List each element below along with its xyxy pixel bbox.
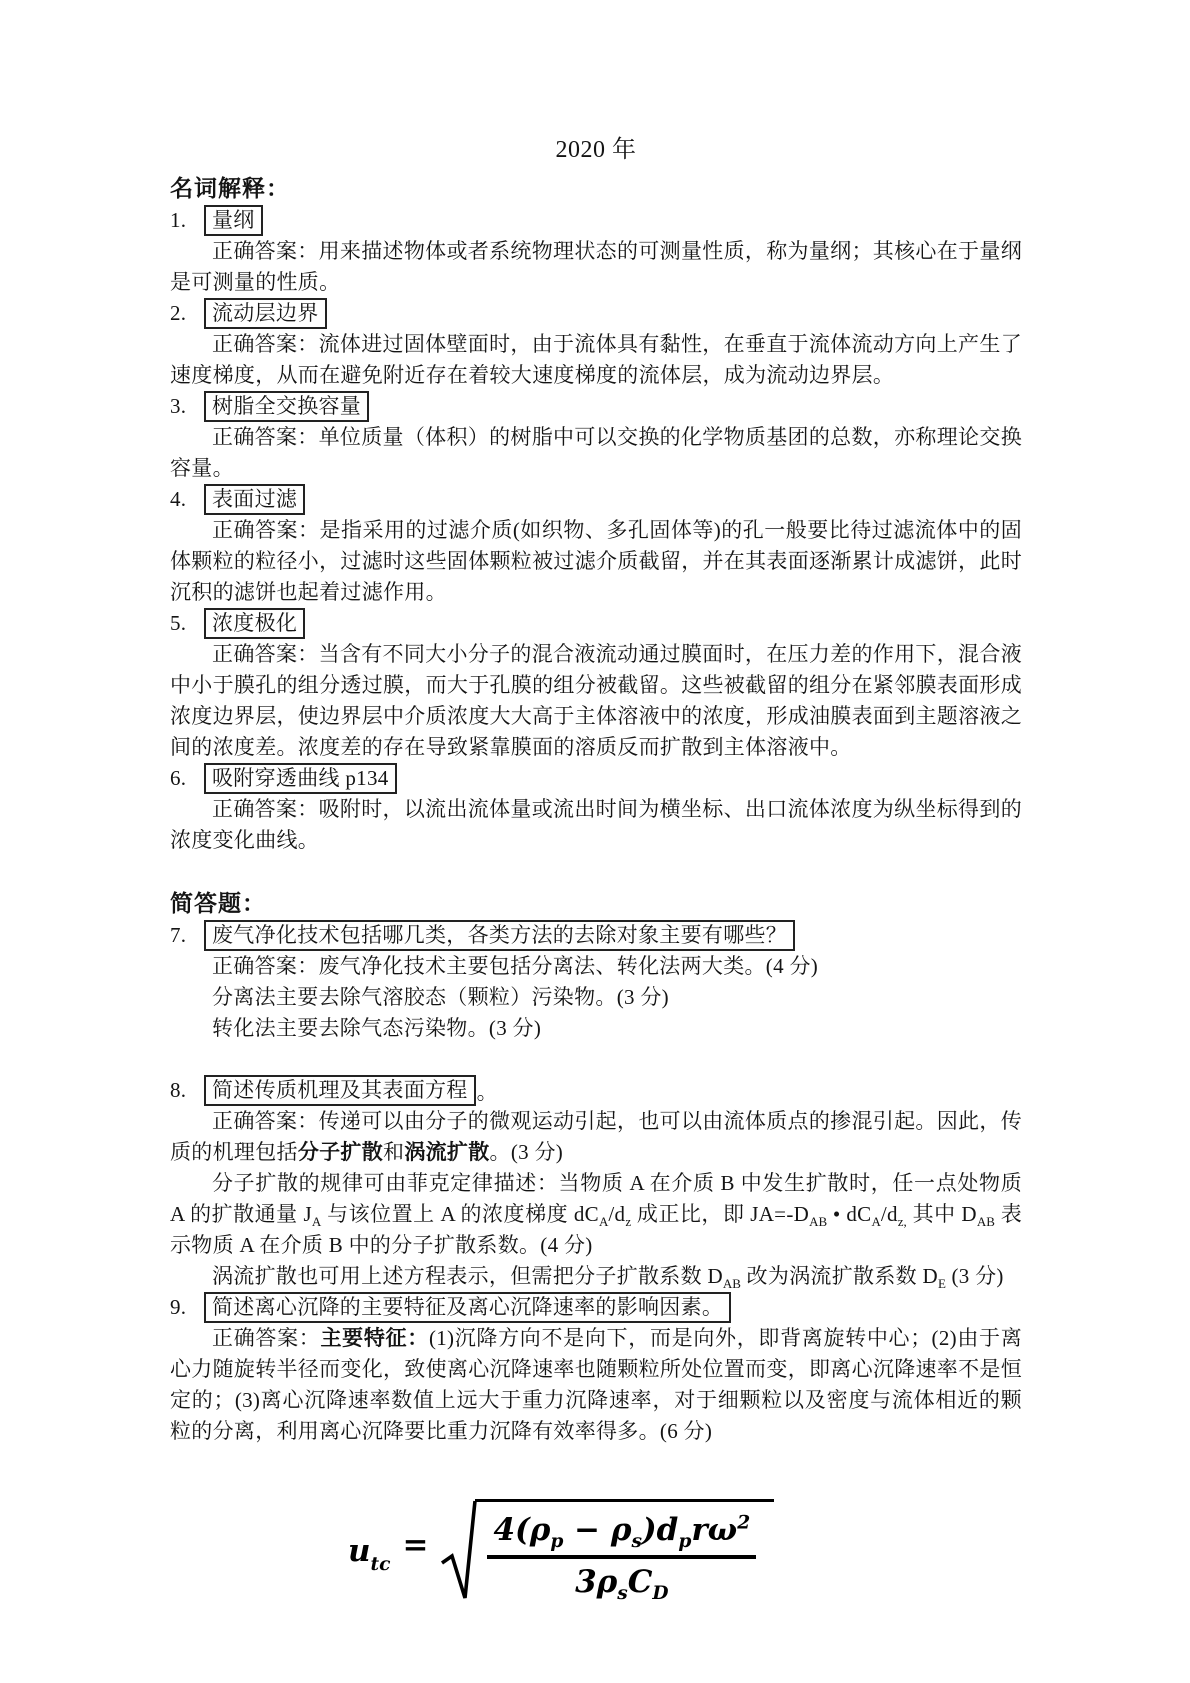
term-number: 6.	[170, 766, 204, 791]
term-item-1: 1. 量纲	[170, 205, 1022, 236]
term-box: 吸附穿透曲线 p134	[204, 763, 397, 794]
question-number: 8.	[170, 1078, 204, 1103]
question-item-9: 9. 简述离心沉降的主要特征及离心沉降速率的影响因素。	[170, 1292, 1022, 1323]
term-number: 1.	[170, 208, 204, 233]
question-item-8: 8. 简述传质机理及其表面方程 。	[170, 1075, 1022, 1106]
term-box: 树脂全交换容量	[204, 391, 369, 422]
bold-term: 分子扩散	[298, 1141, 383, 1164]
question-number: 9.	[170, 1295, 204, 1320]
term-answer: 正确答案：流体进过固体壁面时，由于流体具有黏性，在垂直于流体流动方向上产生了速度…	[170, 329, 1022, 391]
question-box: 简述传质机理及其表面方程	[204, 1075, 476, 1106]
sqrt-radical-sign	[440, 1499, 478, 1603]
q8-answer-fick-law: 分子扩散的规律可由菲克定律描述：当物质 A 在介质 B 中发生扩散时，任一点处物…	[170, 1168, 1022, 1261]
term-box: 表面过滤	[204, 484, 305, 515]
term-item-5: 5. 浓度极化	[170, 608, 1022, 639]
q7-answer-line: 转化法主要去除气态污染物。(3 分)	[170, 1013, 1022, 1044]
q7-answer-line: 分离法主要去除气溶胶态（颗粒）污染物。(3 分)	[170, 982, 1022, 1013]
equals-sign: =	[402, 1527, 428, 1563]
term-box: 浓度极化	[204, 608, 305, 639]
term-answer: 正确答案：是指采用的过滤介质(如织物、多孔固体等)的孔一般要比待过滤流体中的固体…	[170, 515, 1022, 608]
formula-denominator: 3ρsCD	[569, 1559, 674, 1602]
blank-line	[170, 856, 1022, 887]
term-number: 2.	[170, 301, 204, 326]
blank-line	[170, 1044, 1022, 1075]
q8-answer-mechanism: 正确答案：传递可以由分子的微观运动引起，也可以由流体质点的掺混引起。因此，传质的…	[170, 1106, 1022, 1168]
term-number: 5.	[170, 611, 204, 636]
term-number: 4.	[170, 487, 204, 512]
radicand: 4(ρp − ρs)dprω2 3ρsCD	[475, 1499, 774, 1602]
term-item-4: 4. 表面过滤	[170, 484, 1022, 515]
formula-numerator: 4(ρp − ρs)dprω2	[487, 1510, 756, 1555]
term-answer: 正确答案：单位质量（体积）的树脂中可以交换的化学物质基团的总数，亦称理论交换容量…	[170, 422, 1022, 484]
settling-velocity-formula: utc= 4(ρp − ρs)dprω2 3ρsCD	[348, 1499, 1022, 1603]
bold-term: 主要特征：	[320, 1327, 428, 1350]
question-period: 。	[477, 1076, 498, 1106]
formula-lhs: utc=	[348, 1533, 428, 1569]
term-box: 量纲	[204, 205, 263, 236]
q8-answer-eddy: 涡流扩散也可用上述方程表示，但需把分子扩散系数 DAB 改为涡流扩散系数 DE …	[170, 1261, 1022, 1292]
question-box: 废气净化技术包括哪几类，各类方法的去除对象主要有哪些？	[204, 920, 795, 951]
square-root: 4(ρp − ρs)dprω2 3ρsCD	[440, 1499, 774, 1603]
section-heading-short-answers: 简答题：	[170, 887, 1022, 920]
question-item-7: 7. 废气净化技术包括哪几类，各类方法的去除对象主要有哪些？	[170, 920, 1022, 951]
term-answer: 正确答案：吸附时，以流出流体量或流出时间为横坐标、出口流体浓度为纵坐标得到的浓度…	[170, 794, 1022, 856]
document-page: 2020 年 名词解释： 1. 量纲 正确答案：用来描述物体或者系统物理状态的可…	[0, 0, 1190, 1683]
term-item-3: 3. 树脂全交换容量	[170, 391, 1022, 422]
term-item-6: 6. 吸附穿透曲线 p134	[170, 763, 1022, 794]
term-item-2: 2. 流动层边界	[170, 298, 1022, 329]
term-box: 流动层边界	[204, 298, 327, 329]
section-heading-terms: 名词解释：	[170, 172, 1022, 205]
bold-term: 涡流扩散	[404, 1141, 489, 1164]
question-number: 7.	[170, 923, 204, 948]
q9-answer: 正确答案：主要特征：(1)沉降方向不是向下，而是向外，即背离旋转中心；(2)由于…	[170, 1323, 1022, 1447]
q7-answer-line: 正确答案：废气净化技术主要包括分离法、转化法两大类。(4 分)	[170, 951, 1022, 982]
term-answer: 正确答案：当含有不同大小分子的混合液流动通过膜面时，在压力差的作用下，混合液中小…	[170, 639, 1022, 763]
term-number: 3.	[170, 394, 204, 419]
question-box: 简述离心沉降的主要特征及离心沉降速率的影响因素。	[204, 1292, 731, 1323]
page-title: 2020 年	[170, 135, 1022, 165]
term-answer: 正确答案：用来描述物体或者系统物理状态的可测量性质，称为量纲；其核心在于量纲是可…	[170, 236, 1022, 298]
